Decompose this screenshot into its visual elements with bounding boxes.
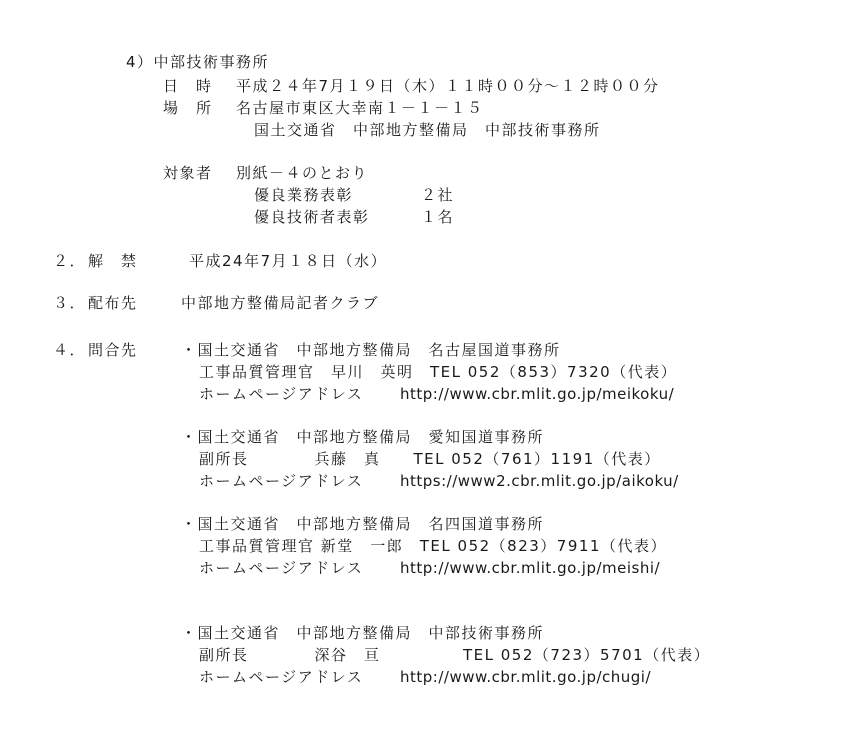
section-label: 問合先 (88, 340, 138, 360)
award-name: 優良技術者表彰 (254, 207, 370, 227)
section-number: ２． (53, 251, 86, 271)
homepage-label: ホームページアドレス (199, 384, 363, 404)
homepage-link[interactable]: http://www.cbr.mlit.go.jp/meikoku/ (400, 384, 674, 404)
place-office: 国土交通省 中部地方整備局 中部技術事務所 (254, 120, 601, 140)
contact-person: 工事品質管理官 早川 英明 TEL 052（853）7320（代表） (199, 362, 677, 382)
subsection-heading: 4）中部技術事務所 (126, 52, 269, 72)
target-value: 別紙－４のとおり (236, 163, 368, 183)
section-number: ３． (53, 293, 86, 313)
contact-person: 副所長 深谷 亘 TEL 052（723）5701（代表） (199, 645, 710, 665)
award-count: １名 (421, 207, 454, 227)
homepage-label: ホームページアドレス (199, 558, 363, 578)
contact-org: ・国土交通省 中部地方整備局 名古屋国道事務所 (181, 340, 561, 360)
contact-org: ・国土交通省 中部地方整備局 愛知国道事務所 (181, 427, 544, 447)
award-name: 優良業務表彰 (254, 185, 353, 205)
datetime-label: 日 時 (163, 76, 213, 96)
homepage-label: ホームページアドレス (199, 471, 363, 491)
target-label: 対象者 (163, 163, 213, 183)
homepage-label: ホームページアドレス (199, 667, 363, 687)
homepage-link[interactable]: http://www.cbr.mlit.go.jp/chugi/ (400, 667, 651, 687)
section-label: 解 禁 (88, 251, 138, 271)
contact-person: 工事品質管理官 新堂 一郎 TEL 052（823）7911（代表） (199, 536, 667, 556)
contact-org: ・国土交通省 中部地方整備局 名四国道事務所 (181, 514, 544, 534)
release-date: 平成24年7月１８日（水） (189, 251, 387, 271)
homepage-link[interactable]: http://www.cbr.mlit.go.jp/meishi/ (400, 558, 660, 578)
place-address: 名古屋市東区大幸南１－１－１５ (236, 98, 484, 118)
distribution-target: 中部地方整備局記者クラブ (181, 293, 379, 313)
section-number: ４． (53, 340, 86, 360)
contact-person: 副所長 兵藤 真 TEL 052（761）1191（代表） (199, 449, 661, 469)
section-label: 配布先 (88, 293, 138, 313)
contact-org: ・国土交通省 中部地方整備局 中部技術事務所 (181, 623, 544, 643)
award-count: ２社 (421, 185, 454, 205)
homepage-link[interactable]: https://www2.cbr.mlit.go.jp/aikoku/ (400, 471, 679, 491)
datetime-value: 平成２４年7月１９日（木）１１時００分～１２時００分 (236, 76, 660, 96)
place-label: 場 所 (163, 98, 213, 118)
